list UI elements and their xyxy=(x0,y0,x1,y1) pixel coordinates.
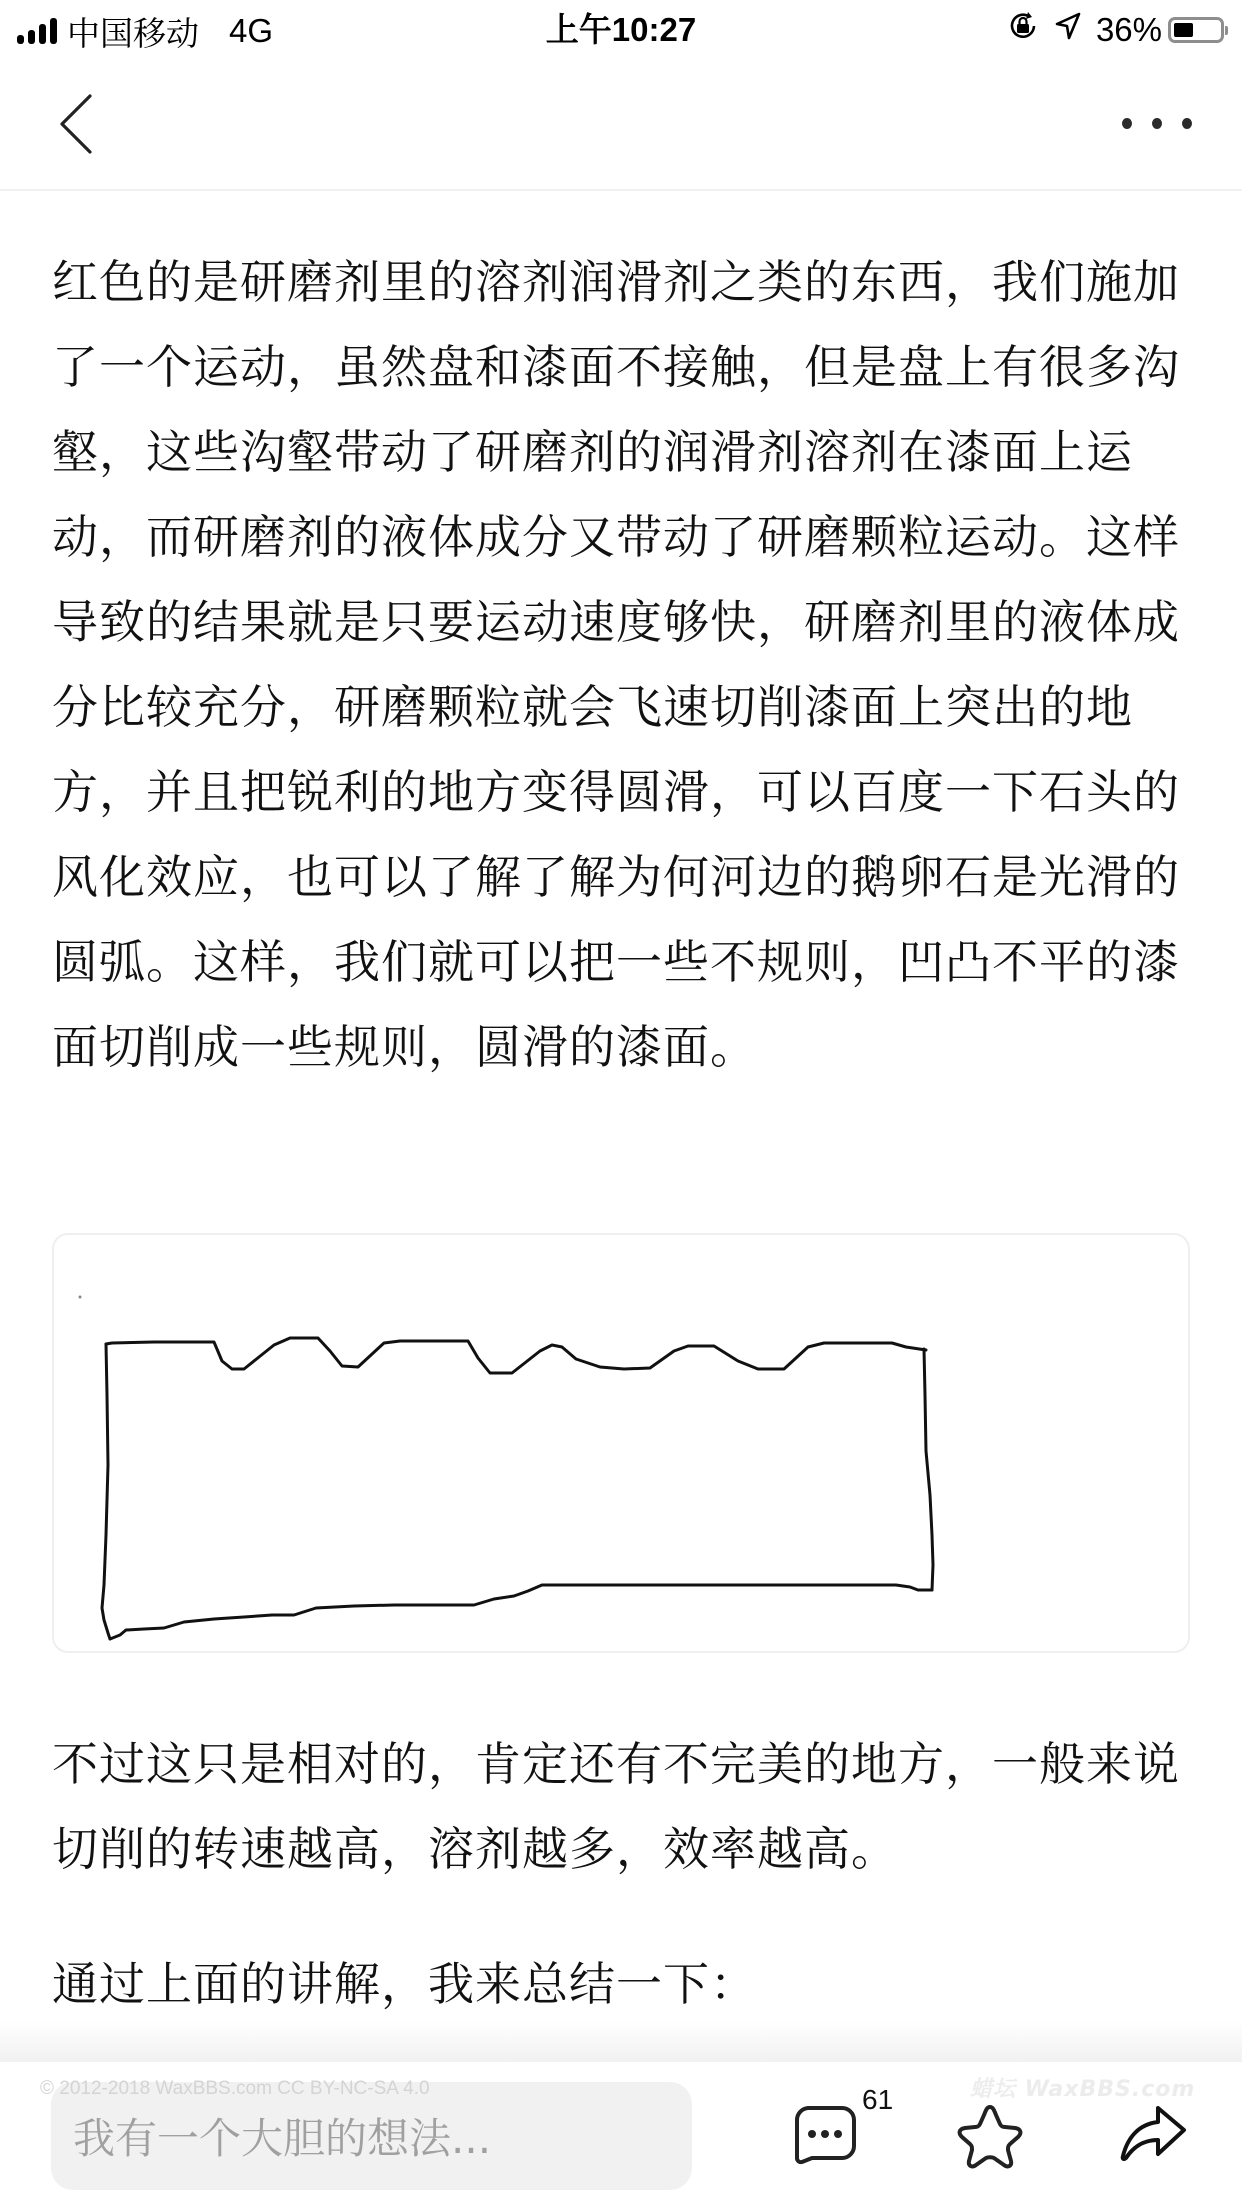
bottom-fade xyxy=(0,2020,1242,2062)
article-section-3: 通过上面的讲解，我来总结一下： xyxy=(52,1942,1192,2027)
share-icon xyxy=(1118,2102,1190,2164)
status-bar-right: 36% xyxy=(1006,8,1224,52)
more-options-button[interactable] xyxy=(1122,108,1192,138)
comment-button[interactable] xyxy=(792,2102,860,2170)
chevron-left-icon xyxy=(50,88,110,158)
back-button[interactable] xyxy=(50,88,110,158)
site-watermark: 蜡坛 WaxBBS.com xyxy=(970,2072,1195,2103)
location-arrow-icon xyxy=(1054,11,1082,49)
comment-input[interactable]: 我有一个大胆的想法... xyxy=(51,2082,692,2190)
article-paragraph: 通过上面的讲解，我来总结一下： xyxy=(52,1942,1192,2027)
article-paragraph: 不过这只是相对的，肯定还有不完美的地方，一般来说切削的转速越高，溶剂越多，效率越… xyxy=(52,1722,1192,1892)
article-body: 红色的是研磨剂里的溶剂润滑剂之类的东西，我们施加了一个运动，虽然盘和漆面不接触，… xyxy=(52,240,1192,1090)
article-section-2: 不过这只是相对的，肯定还有不完美的地方，一般来说切削的转速越高，溶剂越多，效率越… xyxy=(52,1722,1192,1892)
sketch-drawing xyxy=(54,1235,1190,1653)
star-icon xyxy=(955,2102,1025,2170)
status-bar: 中国移动 4G 上午10:27 36% xyxy=(0,0,1242,60)
article-paragraph: 红色的是研磨剂里的溶剂润滑剂之类的东西，我们施加了一个运动，虽然盘和漆面不接触，… xyxy=(52,240,1192,1090)
battery-percent: 36% xyxy=(1096,11,1162,49)
bottom-action-bar: © 2012-2018 WaxBBS.com CC BY-NC-SA 4.0 蜡… xyxy=(0,2062,1242,2208)
comment-count: 61 xyxy=(862,2084,893,2116)
nav-bar xyxy=(0,60,1242,191)
comment-placeholder: 我有一个大胆的想法... xyxy=(73,2106,491,2166)
comment-icon xyxy=(792,2102,860,2170)
more-dots-icon xyxy=(1122,118,1132,129)
orientation-lock-icon xyxy=(1006,9,1040,51)
share-button[interactable] xyxy=(1118,2102,1190,2164)
battery-icon xyxy=(1168,17,1224,43)
article-image[interactable] xyxy=(52,1233,1190,1653)
favorite-button[interactable] xyxy=(955,2102,1025,2170)
